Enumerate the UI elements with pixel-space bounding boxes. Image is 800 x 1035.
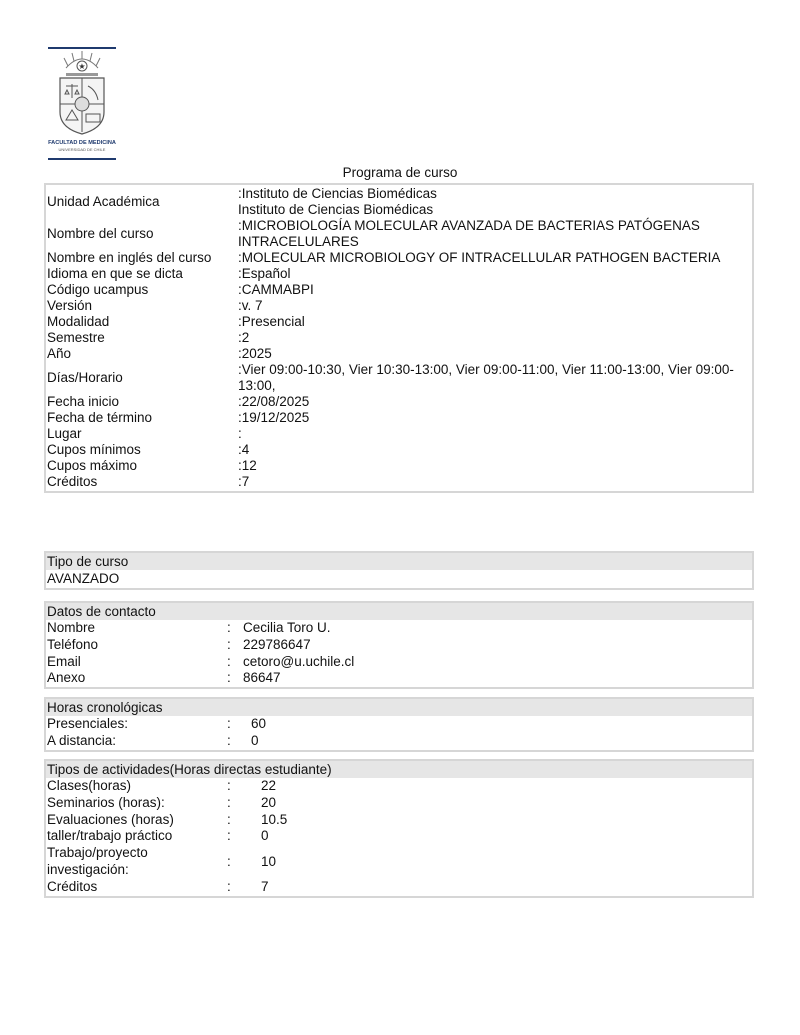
separator-colon: : [227, 812, 261, 829]
table-row: Email:cetoro@u.uchile.cl [46, 654, 752, 671]
field-label: taller/trabajo práctico [46, 828, 227, 845]
table-row: A distancia::0 [46, 733, 752, 750]
field-label: Cupos mínimos [46, 442, 238, 458]
field-value: cetoro@u.uchile.cl [243, 654, 752, 671]
field-label: Trabajo/proyecto investigación: [46, 845, 177, 879]
table-row: Fecha de término:19/12/2025 [46, 410, 752, 426]
field-value: 22 [261, 778, 752, 795]
field-label: Fecha inicio [46, 394, 238, 410]
separator-colon: : [227, 716, 251, 733]
table-row: Código ucampus:CAMMABPI [46, 282, 752, 298]
table-row: Versión:v. 7 [46, 298, 752, 314]
field-label: Créditos [46, 879, 227, 896]
field-label: Clases(horas) [46, 778, 227, 795]
field-value: 229786647 [243, 637, 752, 654]
svg-text:UNIVERSIDAD DE CHILE: UNIVERSIDAD DE CHILE [59, 147, 106, 152]
separator-colon: : [227, 795, 261, 812]
field-value: :MICROBIOLOGÍA MOLECULAR AVANZADA DE BAC… [238, 218, 752, 250]
table-row: Anexo:86647 [46, 670, 752, 687]
field-value: :MOLECULAR MICROBIOLOGY OF INTRACELLULAR… [238, 250, 752, 266]
field-label: Fecha de término [46, 410, 238, 426]
table-row: Año:2025 [46, 346, 752, 362]
field-value: :19/12/2025 [238, 410, 752, 426]
table-row: Unidad Académica:Instituto de Ciencias B… [46, 186, 752, 218]
table-row: Nombre del curso:MICROBIOLOGÍA MOLECULAR… [46, 218, 752, 250]
field-value: :2025 [238, 346, 752, 362]
table-row: Evaluaciones (horas):10.5 [46, 812, 752, 829]
svg-text:FACULTAD DE MEDICINA: FACULTAD DE MEDICINA [48, 140, 116, 146]
field-value: 0 [251, 733, 752, 750]
separator-colon: : [227, 828, 261, 845]
table-row: Fecha inicio:22/08/2025 [46, 394, 752, 410]
field-value: 10.5 [261, 812, 752, 829]
table-row: Modalidad:Presencial [46, 314, 752, 330]
activities-section: Tipos de actividades(Horas directas estu… [44, 759, 754, 898]
field-label: Modalidad [46, 314, 238, 330]
table-row: Seminarios (horas)::20 [46, 795, 752, 812]
section-heading: Tipo de curso [46, 553, 752, 570]
table-row: Cupos máximo:12 [46, 458, 752, 474]
course-type-value: AVANZADO [46, 570, 752, 588]
field-label: Teléfono [46, 637, 227, 654]
table-row: Créditos:7 [46, 879, 752, 896]
field-value: 60 [251, 716, 752, 733]
field-label: Evaluaciones (horas) [46, 812, 227, 829]
field-label: Seminarios (horas): [46, 795, 227, 812]
field-label: Versión [46, 298, 238, 314]
field-value: 0 [261, 828, 752, 845]
field-label: Idioma en que se dicta [46, 266, 238, 282]
field-label: Unidad Académica [46, 194, 238, 210]
separator-colon: : [227, 854, 261, 871]
field-label: Semestre [46, 330, 238, 346]
table-row: Presenciales::60 [46, 716, 752, 733]
field-value: 20 [261, 795, 752, 812]
field-value: :Presencial [238, 314, 752, 330]
table-row: Nombre en inglés del curso:MOLECULAR MIC… [46, 250, 752, 266]
table-row: Lugar: [46, 426, 752, 442]
course-type-section: Tipo de curso AVANZADO [44, 551, 754, 590]
field-value: :CAMMABPI [238, 282, 752, 298]
faculty-logo: ★ FACULTAD DE MEDICINA UNIVERSIDAD DE CH… [46, 46, 118, 162]
field-label: Presenciales: [46, 716, 227, 733]
field-label: Nombre del curso [46, 226, 238, 242]
table-row: Idioma en que se dicta:Español [46, 266, 752, 282]
field-value: :Vier 09:00-10:30, Vier 10:30-13:00, Vie… [238, 362, 752, 394]
field-value: Cecilia Toro U. [243, 620, 752, 637]
section-heading: Horas cronológicas [46, 699, 752, 716]
field-label: Nombre en inglés del curso [46, 250, 238, 266]
separator-colon: : [227, 654, 243, 671]
separator-colon: : [227, 879, 261, 896]
table-row: Créditos:7 [46, 474, 752, 490]
field-label: Nombre [46, 620, 227, 637]
separator-colon: : [227, 637, 243, 654]
field-label: Créditos [46, 474, 238, 490]
document-title: Programa de curso [0, 165, 800, 180]
field-value: : [238, 426, 752, 442]
field-label: Año [46, 346, 238, 362]
field-label: Lugar [46, 426, 238, 442]
field-label: Cupos máximo [46, 458, 238, 474]
separator-colon: : [227, 733, 251, 750]
field-value: :Español [238, 266, 752, 282]
table-row: Días/Horario:Vier 09:00-10:30, Vier 10:3… [46, 362, 752, 394]
field-value: :Instituto de Ciencias Biomédicas Instit… [238, 186, 752, 218]
svg-text:★: ★ [78, 62, 85, 71]
field-label: Código ucampus [46, 282, 238, 298]
field-value: :4 [238, 442, 752, 458]
field-label: Días/Horario [46, 370, 238, 386]
field-value: :v. 7 [238, 298, 752, 314]
chronological-hours-section: Horas cronológicas Presenciales::60A dis… [44, 697, 754, 752]
separator-colon: : [227, 670, 243, 687]
table-row: Clases(horas):22 [46, 778, 752, 795]
section-heading: Datos de contacto [46, 603, 752, 620]
table-row: taller/trabajo práctico:0 [46, 828, 752, 845]
field-value: 86647 [243, 670, 752, 687]
field-value: 7 [261, 879, 752, 896]
field-value: :22/08/2025 [238, 394, 752, 410]
table-row: Semestre:2 [46, 330, 752, 346]
table-row: Teléfono:229786647 [46, 637, 752, 654]
table-row: Trabajo/proyecto investigación::10 [46, 845, 752, 879]
table-row: Nombre:Cecilia Toro U. [46, 620, 752, 637]
field-value: :12 [238, 458, 752, 474]
section-heading: Tipos de actividades(Horas directas estu… [46, 761, 752, 778]
field-value: 10 [261, 854, 752, 871]
field-label: Anexo [46, 670, 227, 687]
contact-section: Datos de contacto Nombre:Cecilia Toro U.… [44, 601, 754, 689]
course-info-table: Unidad Académica:Instituto de Ciencias B… [44, 183, 754, 493]
table-row: Cupos mínimos:4 [46, 442, 752, 458]
separator-colon: : [227, 778, 261, 795]
separator-colon: : [227, 620, 243, 637]
field-label: Email [46, 654, 227, 671]
field-label: A distancia: [46, 733, 227, 750]
field-value: :2 [238, 330, 752, 346]
field-value: :7 [238, 474, 752, 490]
